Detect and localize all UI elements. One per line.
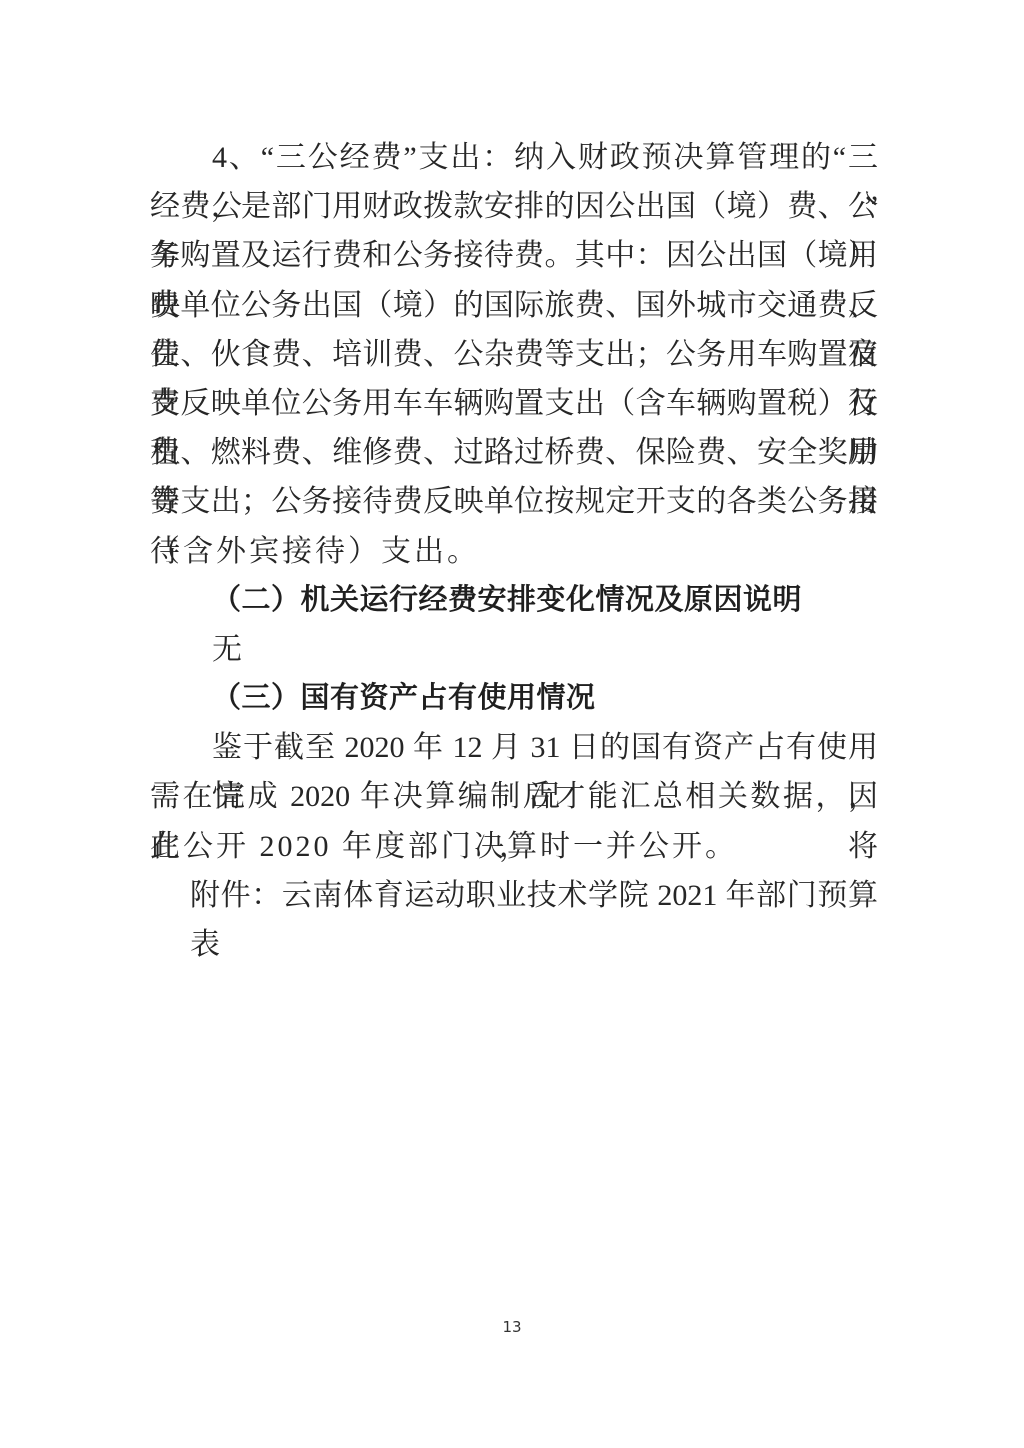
body-line: 经费，是部门用财政拨款安排的因公出国（境）费、公务用	[150, 182, 878, 231]
body-line: 需在完成 2020 年决算编制后才能汇总相关数据，因此，将	[150, 772, 878, 821]
body-line: 4、“三公经费”支出：纳入财政预决算管理的“三公”	[150, 133, 878, 182]
document-body: 4、“三公经费”支出：纳入财政预决算管理的“三公” 经费，是部门用财政拨款安排的…	[150, 133, 878, 920]
body-line: （含外宾接待）支出。	[150, 527, 878, 576]
section-heading-3: （三）国有资产占有使用情况	[150, 674, 878, 723]
body-line: 车购置及运行费和公务接待费。其中：因公出国（境）费反	[150, 231, 878, 280]
body-line: 费、伙食费、培训费、公杂费等支出；公务用车购置及支行	[150, 330, 878, 379]
body-line: 无	[150, 625, 878, 674]
body-line: 等支出；公务接待费反映单位按规定开支的各类公务接待	[150, 477, 878, 526]
page-number: 13	[0, 1318, 1024, 1336]
body-line: 映单位公务出国（境）的国际旅费、国外城市交通费、住宿	[150, 281, 878, 330]
body-line: 鉴于截至 2020 年 12 月 31 日的国有资产占有使用情况，	[150, 723, 878, 772]
section-heading-2: （二）机关运行经费安排变化情况及原因说明	[150, 576, 878, 625]
body-line: 费反映单位公务用车车辆购置支出（含车辆购置税）及租用	[150, 379, 878, 428]
body-line: 费、燃料费、维修费、过路过桥费、保险费、安全奖励费用	[150, 428, 878, 477]
document-page: 4、“三公经费”支出：纳入财政预决算管理的“三公” 经费，是部门用财政拨款安排的…	[0, 0, 1024, 1448]
attachment-line: 附件：云南体育运动职业技术学院 2021 年部门预算表	[150, 871, 878, 920]
